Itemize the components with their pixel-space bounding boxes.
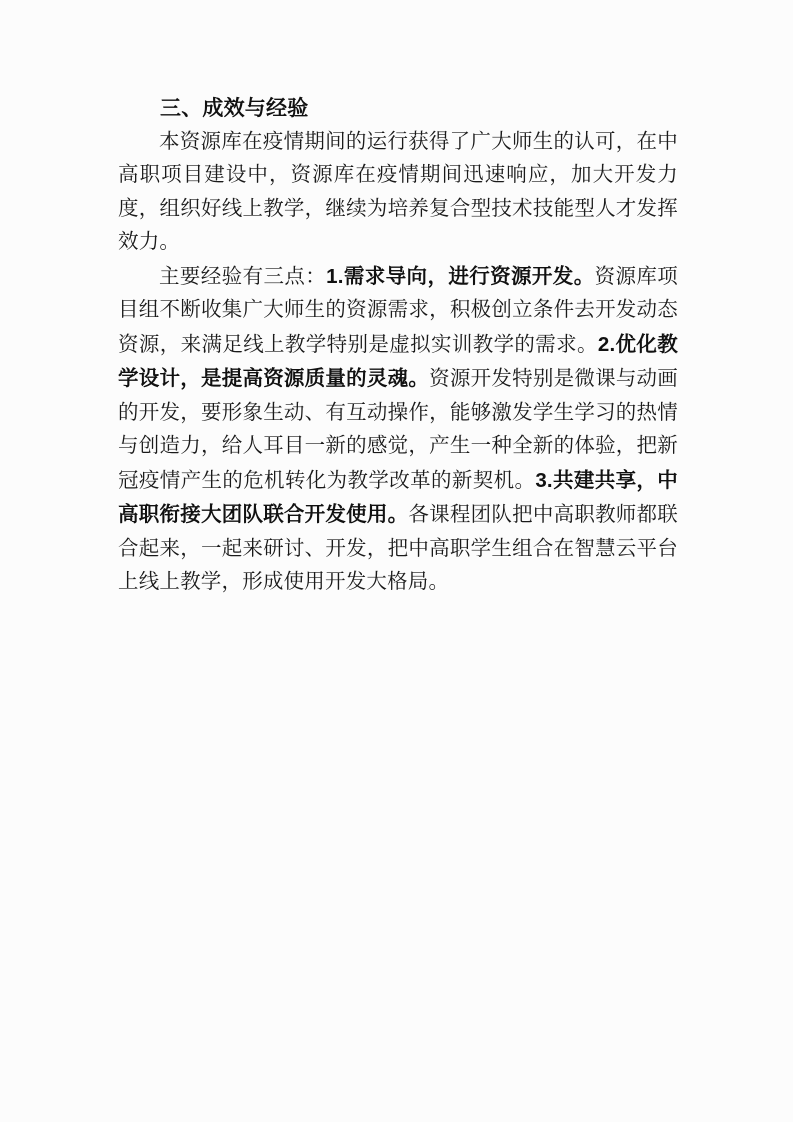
- document-content: 三、成效与经验 本资源库在疫情期间的运行获得了广大师生的认可，在中高职项目建设中…: [118, 92, 678, 600]
- section-heading: 三、成效与经验: [118, 92, 678, 126]
- document-page: 三、成效与经验 本资源库在疫情期间的运行获得了广大师生的认可，在中高职项目建设中…: [0, 0, 793, 1122]
- text-run: 主要经验有三点：: [159, 266, 326, 288]
- text-run: 本资源库在疫情期间的运行获得了广大师生的认可，在中高职项目建设中，资源库在疫情期…: [118, 131, 678, 254]
- paragraph: 主要经验有三点：1.需求导向，进行资源开发。资源库项目组不断收集广大师生的资源需…: [118, 260, 678, 600]
- paragraph: 本资源库在疫情期间的运行获得了广大师生的认可，在中高职项目建设中，资源库在疫情期…: [118, 126, 678, 260]
- text-run-bold: 1.需求导向，进行资源开发。: [326, 265, 594, 288]
- document-body: 本资源库在疫情期间的运行获得了广大师生的认可，在中高职项目建设中，资源库在疫情期…: [118, 126, 678, 600]
